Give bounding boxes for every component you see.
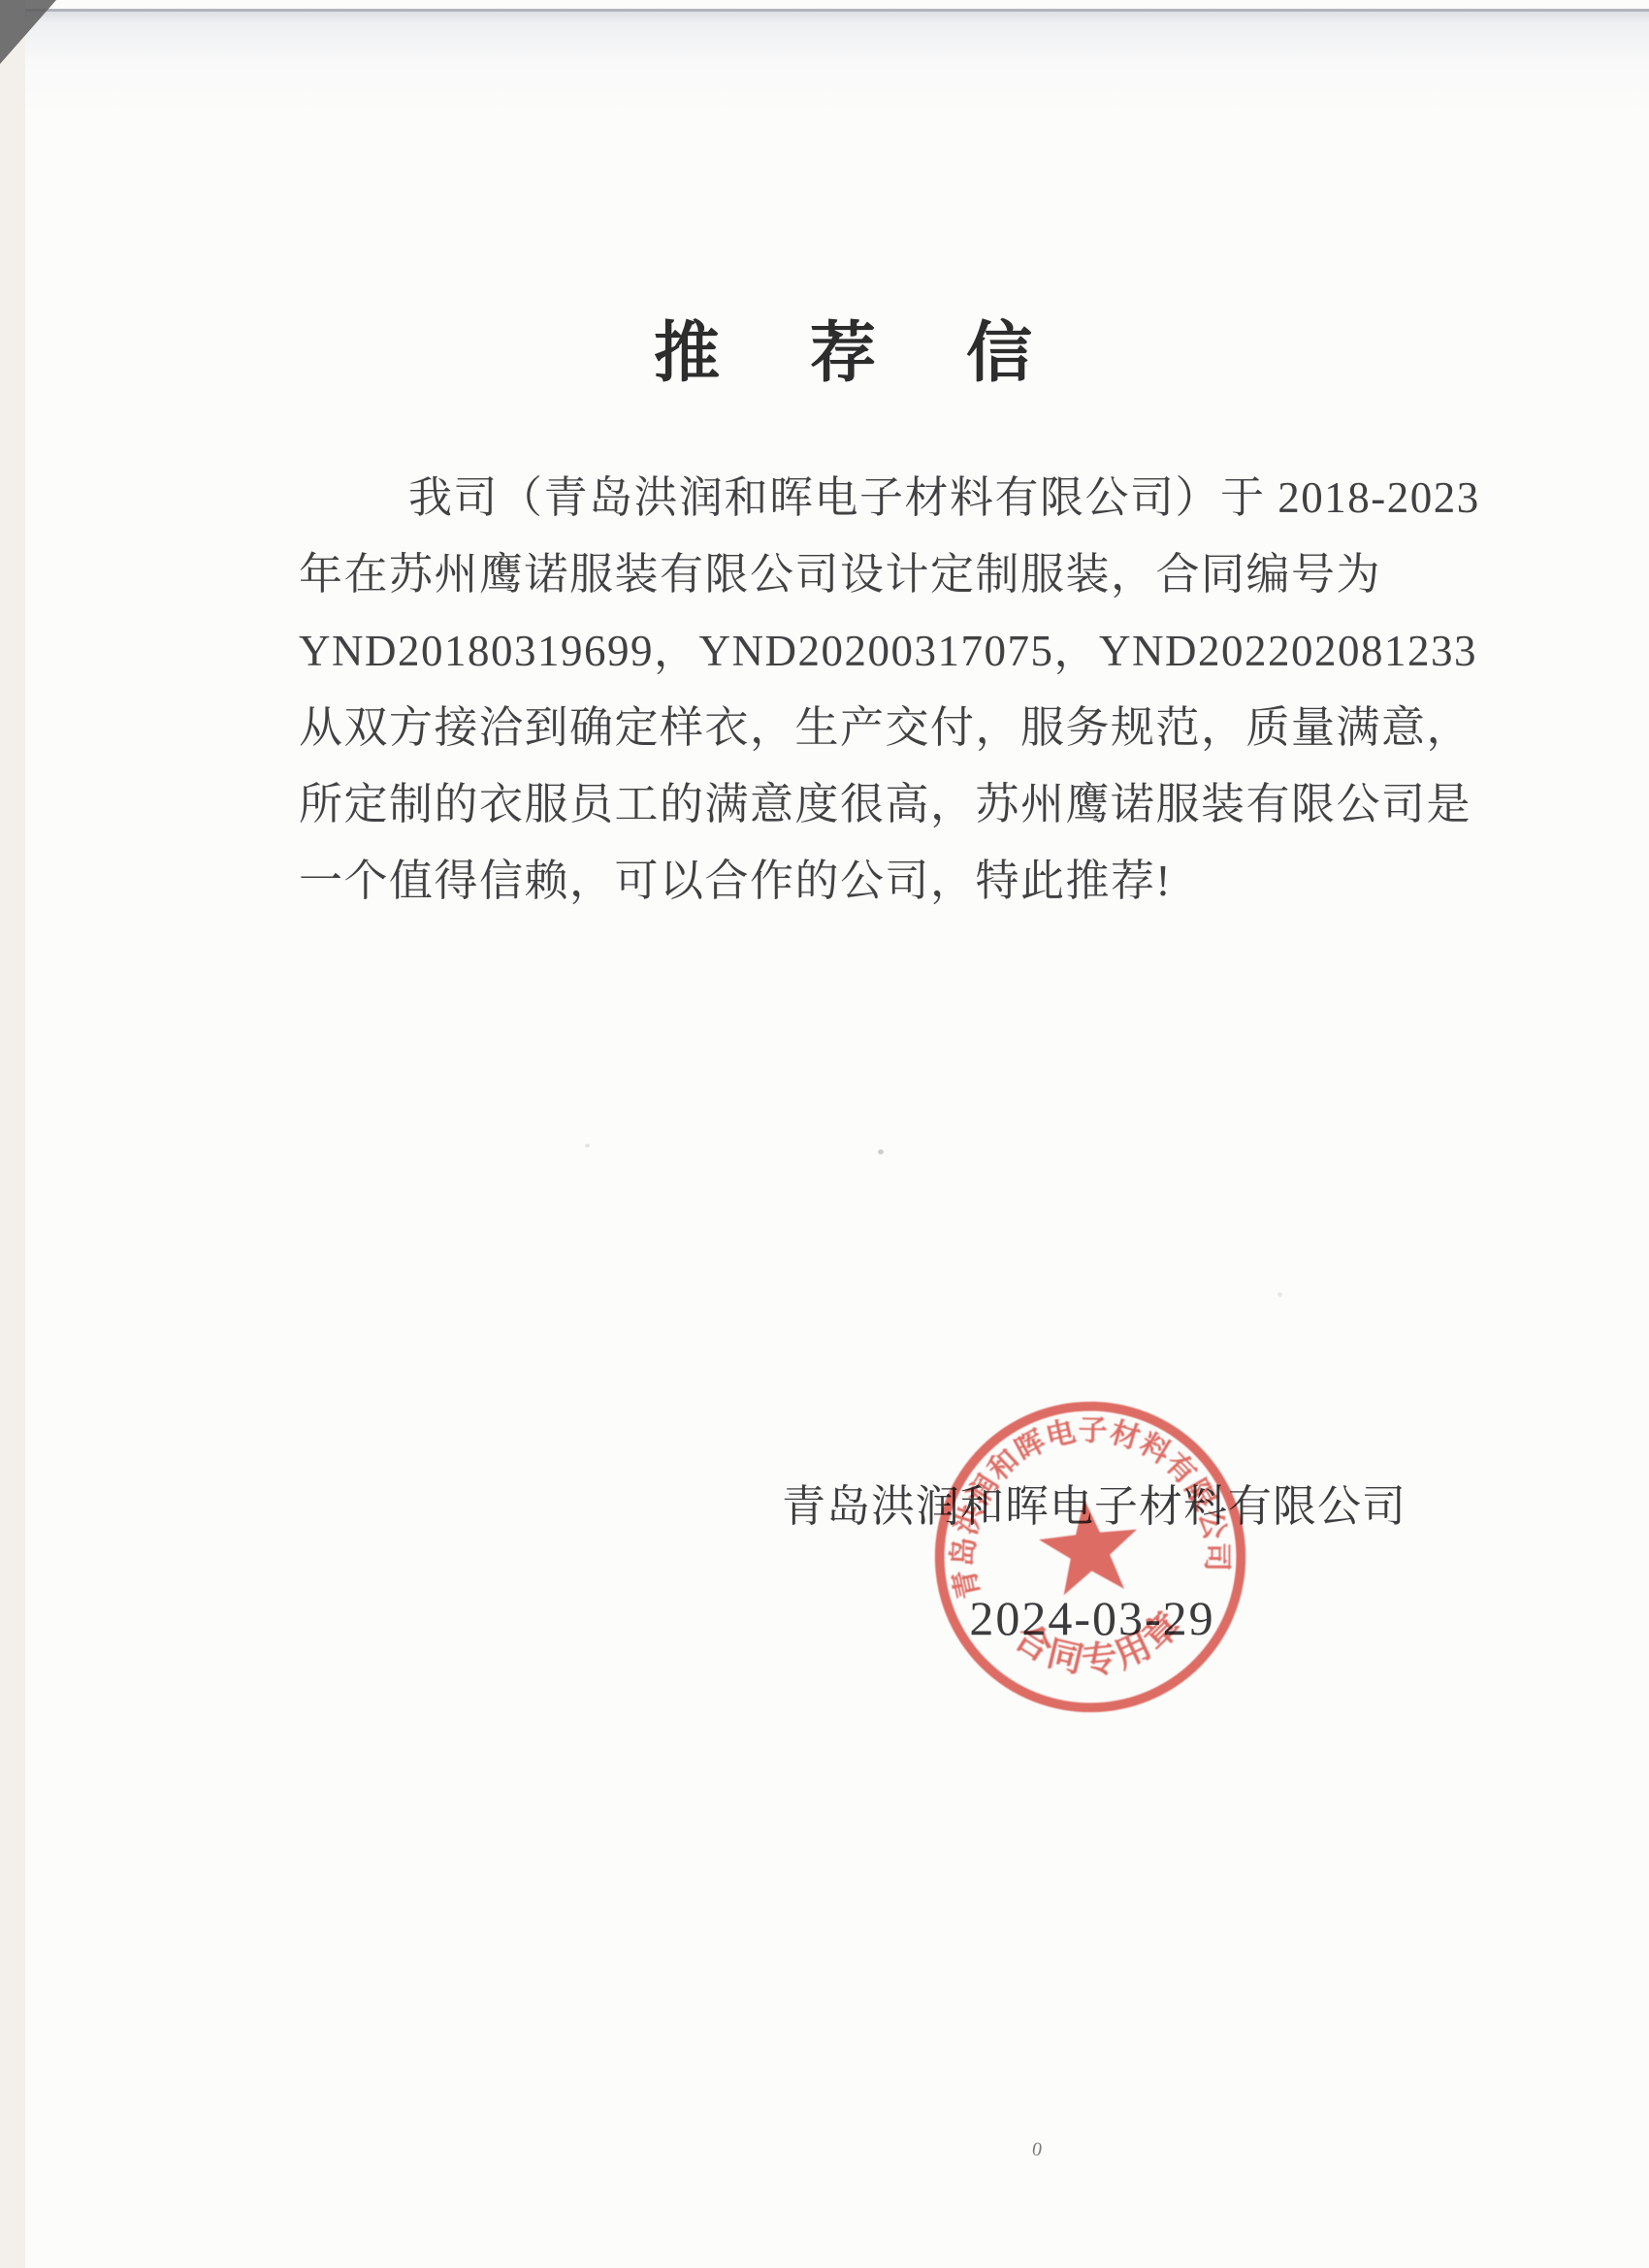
body-line: 从双方接洽到确定样衣，生产交付，服务规范，质量满意， xyxy=(299,690,1443,766)
seal-bottom-text: 合同专用章 xyxy=(1005,1600,1194,1688)
svg-text:合同专用章: 合同专用章 xyxy=(1005,1600,1194,1688)
scan-speck xyxy=(878,1150,884,1154)
body-line: YND20180319699，YND20200317075，YND2022020… xyxy=(299,613,1443,690)
scan-speck xyxy=(585,1144,590,1148)
body-line: 所定制的衣服员工的满意度很高，苏州鹰诺服装有限公司是 xyxy=(299,766,1443,843)
body-line: 我司（青岛洪润和晖电子材料有限公司）于 2018-2023 xyxy=(299,460,1443,536)
scan-speck xyxy=(1277,1292,1282,1297)
scan-speck-mark: 0 xyxy=(1030,2138,1044,2161)
scan-left-edge xyxy=(0,0,25,2268)
document-title: 推 荐 信 xyxy=(25,301,1649,395)
company-seal: 青岛洪润和晖电子材料有限公司 合同专用章 xyxy=(915,1381,1267,1733)
body-line: 一个值得信赖，可以合作的公司，特此推荐! xyxy=(299,843,1443,920)
body-line: 年在苏州鹰诺服装有限公司设计定制服装，合同编号为 xyxy=(299,536,1443,613)
scan-top-edge-line xyxy=(25,9,1649,12)
letter-body: 我司（青岛洪润和晖电子材料有限公司）于 2018-2023 年在苏州鹰诺服装有限… xyxy=(299,460,1443,920)
document-page: 推 荐 信 我司（青岛洪润和晖电子材料有限公司）于 2018-2023 年在苏州… xyxy=(25,0,1649,2268)
seal-star-icon xyxy=(1035,1494,1143,1598)
